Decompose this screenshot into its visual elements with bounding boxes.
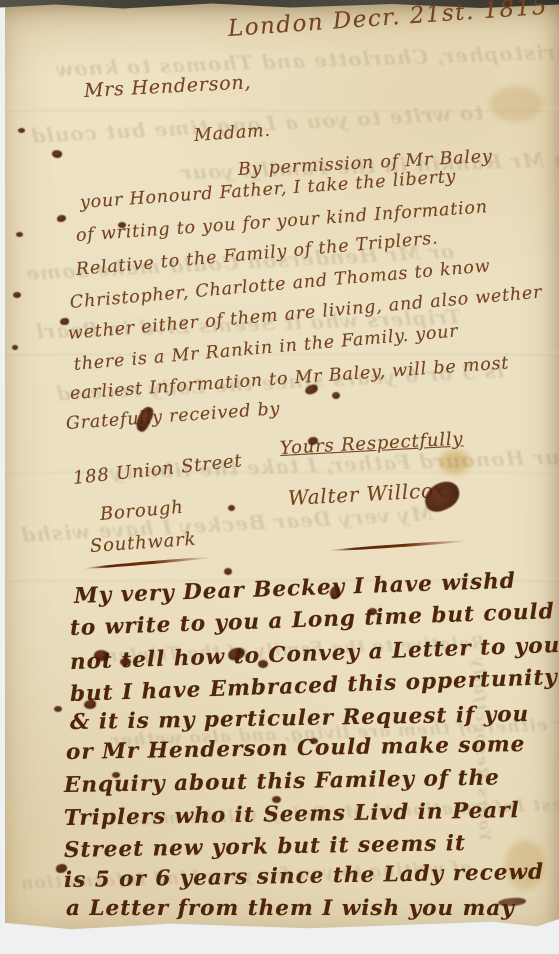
ink-blot	[54, 706, 62, 712]
ink-blot	[60, 318, 69, 325]
ink-blot	[272, 796, 281, 803]
ink-blot	[368, 608, 377, 615]
letter-scan: Christopher, Charlotte and Thomas to kno…	[0, 0, 559, 954]
ink-blot	[84, 700, 96, 709]
ink-blot	[13, 292, 21, 298]
fold-crease	[5, 108, 559, 111]
ink-blot	[224, 568, 232, 575]
ink-blot	[228, 505, 235, 511]
ink-blot	[16, 232, 23, 237]
ink-blot	[310, 738, 318, 744]
ink-blot	[118, 222, 126, 228]
paper-stain	[440, 450, 470, 474]
letter-body2-line: a Letter from them I wish you may	[66, 896, 515, 921]
ink-blot	[12, 345, 18, 350]
ink-blot	[120, 658, 131, 666]
ink-blot	[332, 392, 340, 399]
ink-blot	[18, 128, 25, 133]
ink-blot	[258, 660, 268, 668]
ink-blot	[112, 772, 120, 778]
paper-stain	[490, 86, 542, 122]
